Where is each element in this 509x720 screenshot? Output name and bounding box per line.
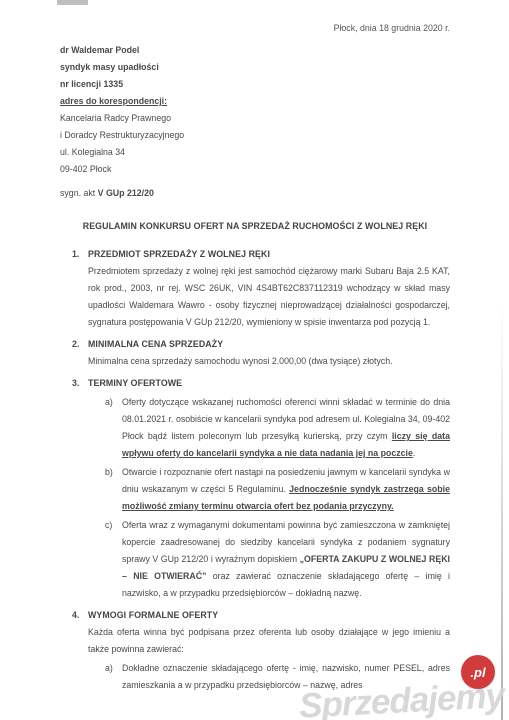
document-page: Płock, dnia 18 grudnia 2020 r. dr Waldem… xyxy=(0,0,509,720)
section-number: 2. xyxy=(72,336,79,353)
watermark-pl-logo: .pl xyxy=(461,655,495,689)
paragraph: Minimalna cena sprzedaży samochodu wynos… xyxy=(88,353,450,370)
list-item-text: Oferty dotyczące wskazanej ruchomości of… xyxy=(122,394,450,462)
section-number: 3. xyxy=(72,375,79,392)
section-heading: WYMOGI FORMALNE OFERTY xyxy=(88,607,450,624)
address-line: i Doradcy Restrukturyzacyjnego xyxy=(60,127,450,144)
case-reference: sygn. akt V GUp 212/20 xyxy=(60,185,450,202)
section: 1.PRZEDMIOT SPRZEDAŻY Z WOLNEJ RĘKIPrzed… xyxy=(60,246,450,331)
list-item-letter: c) xyxy=(105,517,112,534)
list-item-letter: a) xyxy=(105,660,113,677)
document-content: Płock, dnia 18 grudnia 2020 r. dr Waldem… xyxy=(60,20,450,694)
address-line: 09-402 Płock xyxy=(60,161,450,178)
list-item: c)Oferta wraz z wymaganymi dokumentami p… xyxy=(88,517,450,602)
address-line: ul. Kolegialna 34 xyxy=(60,144,450,161)
scan-edge-line xyxy=(501,300,503,720)
text-segment: Minimalna cena sprzedaży samochodu wynos… xyxy=(88,356,393,366)
text-segment: . xyxy=(413,448,415,458)
list-item-letter: a) xyxy=(105,394,113,411)
section: 3.TERMINY OFERTOWEa)Oferty dotyczące wsk… xyxy=(60,375,450,602)
section-heading: PRZEDMIOT SPRZEDAŻY Z WOLNEJ RĘKI xyxy=(88,246,450,263)
correspondence-address-label: adres do korespondencji: xyxy=(60,93,450,110)
paragraph: Każda oferta winna być podpisana przez o… xyxy=(88,624,450,658)
document-title: REGULAMIN KONKURSU OFERT NA SPRZEDAŻ RUC… xyxy=(60,218,450,235)
text-segment: Każda oferta winna być podpisana przez o… xyxy=(88,627,450,654)
sender-role: syndyk masy upadłości xyxy=(60,59,450,76)
case-number: V GUp 212/20 xyxy=(98,188,154,198)
list-item: b)Otwarcie i rozpoznanie ofert nastąpi n… xyxy=(88,464,450,515)
scan-artifact-mark xyxy=(57,0,88,5)
section-heading: TERMINY OFERTOWE xyxy=(88,375,450,392)
section-number: 1. xyxy=(72,246,79,263)
sender-block: dr Waldemar Podel syndyk masy upadłości … xyxy=(60,42,450,178)
list-item: a)Oferty dotyczące wskazanej ruchomości … xyxy=(88,394,450,462)
sections-list: 1.PRZEDMIOT SPRZEDAŻY Z WOLNEJ RĘKIPrzed… xyxy=(60,246,450,694)
sender-license: nr licencji 1335 xyxy=(60,76,450,93)
list-item-text: Otwarcie i rozpoznanie ofert nastąpi na … xyxy=(122,464,450,515)
address-line: Kancelaria Radcy Prawnego xyxy=(60,110,450,127)
text-segment: Przedmiotem sprzedaży z wolnej ręki jest… xyxy=(88,266,450,327)
date-line: Płock, dnia 18 grudnia 2020 r. xyxy=(60,20,450,37)
section-heading: MINIMALNA CENA SPRZEDAŻY xyxy=(88,336,450,353)
list-item-letter: b) xyxy=(105,464,113,481)
case-reference-prefix: sygn. akt xyxy=(60,188,98,198)
section: 2.MINIMALNA CENA SPRZEDAŻYMinimalna cena… xyxy=(60,336,450,370)
paragraph: Przedmiotem sprzedaży z wolnej ręki jest… xyxy=(88,263,450,331)
list-item-text: Oferta wraz z wymaganymi dokumentami pow… xyxy=(122,517,450,602)
sender-name: dr Waldemar Podel xyxy=(60,42,450,59)
section-number: 4. xyxy=(72,607,79,624)
